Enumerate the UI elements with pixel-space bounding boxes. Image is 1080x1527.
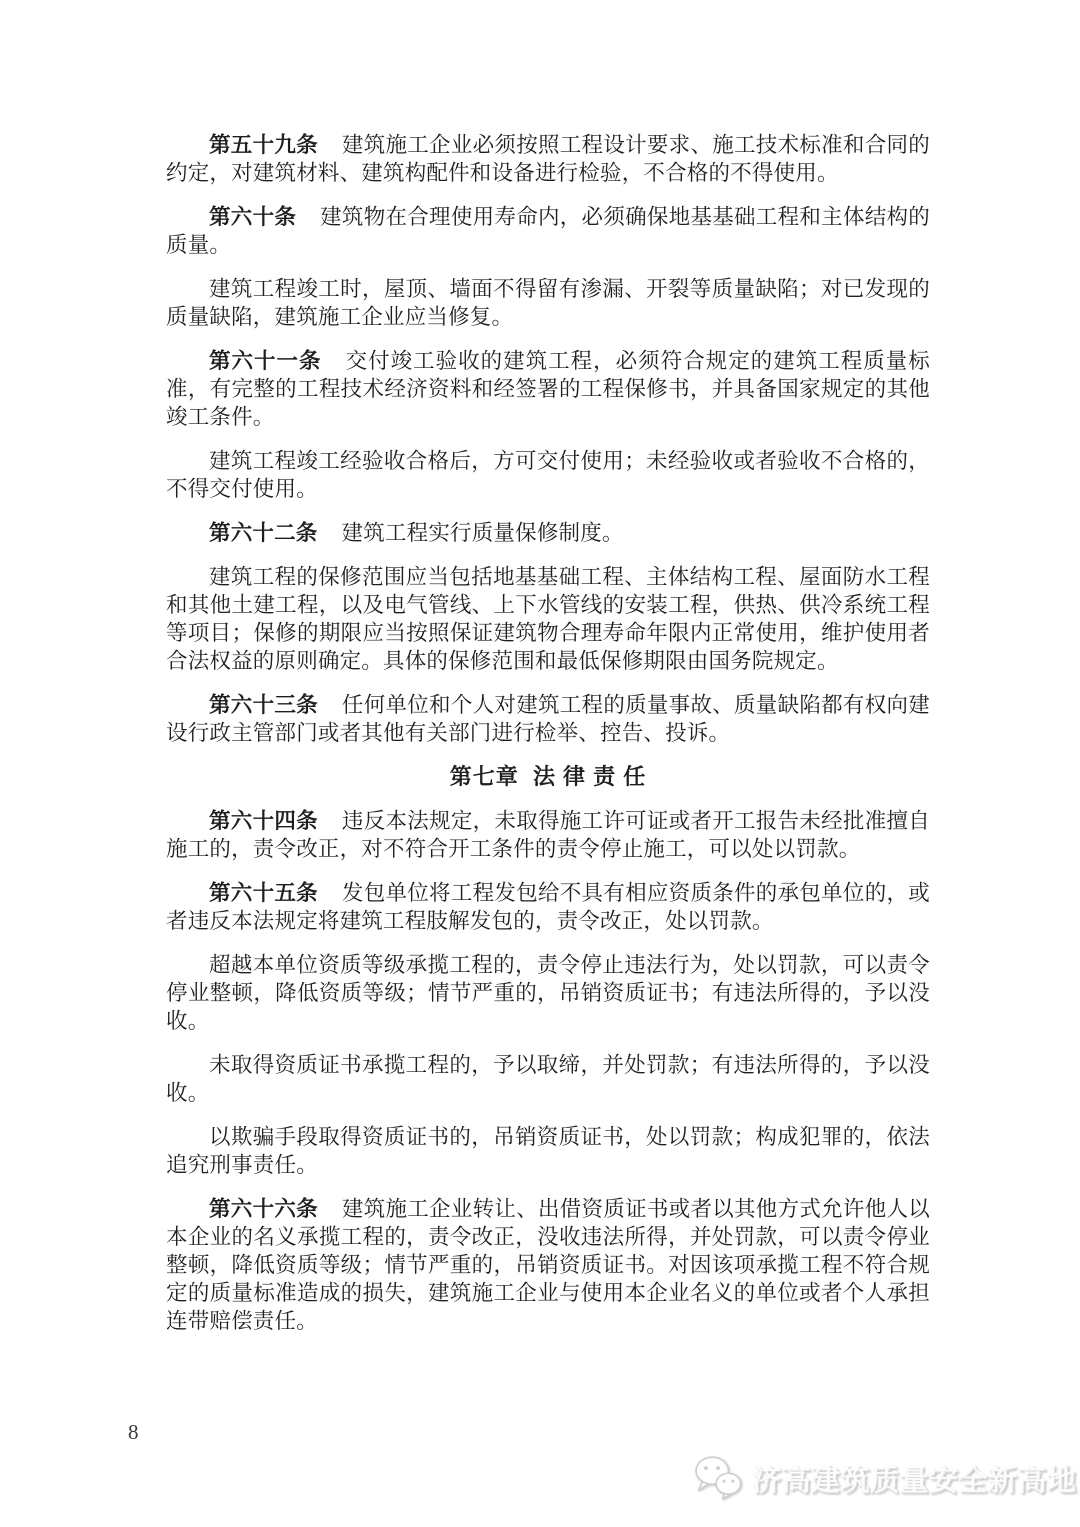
- paragraph-text: 未取得资质证书承揽工程的，予以取缔，并处罚款；有违法所得的，予以没收。: [166, 1053, 930, 1105]
- body-paragraph: 建筑工程竣工经验收合格后，方可交付使用；未经验收或者验收不合格的，不得交付使用。: [166, 447, 930, 503]
- paragraph-text: 超越本单位资质等级承揽工程的，责令停止违法行为，处以罚款，可以责令停业整顿，降低…: [166, 953, 930, 1033]
- paragraph-text: 建筑工程实行质量保修制度。: [342, 521, 624, 545]
- chapter-heading: 第七章 法 律 责 任: [166, 763, 930, 791]
- body-paragraph: 建筑工程竣工时，屋顶、墙面不得留有渗漏、开裂等质量缺陷；对已发现的质量缺陷，建筑…: [166, 275, 930, 331]
- article-paragraph: 第六十二条建筑工程实行质量保修制度。: [166, 519, 930, 547]
- article-number: 第六十三条: [209, 693, 318, 717]
- watermark-text: 济高建筑质量安全新高地: [752, 1458, 1077, 1499]
- article-number: 第五十九条: [209, 133, 318, 157]
- law-text-body: 第五十九条建筑施工企业必须按照工程设计要求、施工技术标准和合同的约定，对建筑材料…: [166, 131, 930, 1351]
- body-paragraph: 建筑工程的保修范围应当包括地基基础工程、主体结构工程、屋面防水工程和其他土建工程…: [166, 563, 930, 675]
- article-paragraph: 第六十六条建筑施工企业转让、出借资质证书或者以其他方式允许他人以本企业的名义承揽…: [166, 1195, 930, 1335]
- paragraph-text: 以欺骗手段取得资质证书的，吊销资质证书，处以罚款；构成犯罪的，依法追究刑事责任。: [166, 1125, 930, 1177]
- body-paragraph: 以欺骗手段取得资质证书的，吊销资质证书，处以罚款；构成犯罪的，依法追究刑事责任。: [166, 1123, 930, 1179]
- watermark: 济高建筑质量安全新高地: [694, 1454, 1077, 1502]
- article-paragraph: 第六十一条交付竣工验收的建筑工程，必须符合规定的建筑工程质量标准，有完整的工程技…: [166, 347, 930, 431]
- body-paragraph: 未取得资质证书承揽工程的，予以取缔，并处罚款；有违法所得的，予以没收。: [166, 1051, 930, 1107]
- paragraph-text: 建筑工程竣工时，屋顶、墙面不得留有渗漏、开裂等质量缺陷；对已发现的质量缺陷，建筑…: [166, 277, 930, 329]
- wechat-icon: [694, 1454, 744, 1502]
- paragraph-text: 建筑工程竣工经验收合格后，方可交付使用；未经验收或者验收不合格的，不得交付使用。: [166, 449, 930, 501]
- paragraph-text: 建筑工程的保修范围应当包括地基基础工程、主体结构工程、屋面防水工程和其他土建工程…: [166, 565, 930, 673]
- article-number: 第六十条: [209, 205, 296, 229]
- article-number: 第六十二条: [209, 521, 318, 545]
- article-paragraph: 第六十条建筑物在合理使用寿命内，必须确保地基基础工程和主体结构的质量。: [166, 203, 930, 259]
- article-paragraph: 第五十九条建筑施工企业必须按照工程设计要求、施工技术标准和合同的约定，对建筑材料…: [166, 131, 930, 187]
- article-paragraph: 第六十四条违反本法规定，未取得施工许可证或者开工报告未经批准擅自施工的，责令改正…: [166, 807, 930, 863]
- body-paragraph: 超越本单位资质等级承揽工程的，责令停止违法行为，处以罚款，可以责令停业整顿，降低…: [166, 951, 930, 1035]
- article-number: 第六十一条: [209, 349, 322, 373]
- page-number: 8: [128, 1420, 139, 1445]
- article-number: 第六十五条: [209, 881, 318, 905]
- document-page: 第五十九条建筑施工企业必须按照工程设计要求、施工技术标准和合同的约定，对建筑材料…: [0, 0, 1080, 1527]
- article-number: 第六十六条: [209, 1197, 318, 1221]
- article-number: 第六十四条: [209, 809, 318, 833]
- article-paragraph: 第六十三条任何单位和个人对建筑工程的质量事故、质量缺陷都有权向建设行政主管部门或…: [166, 691, 930, 747]
- article-paragraph: 第六十五条发包单位将工程发包给不具有相应资质条件的承包单位的，或者违反本法规定将…: [166, 879, 930, 935]
